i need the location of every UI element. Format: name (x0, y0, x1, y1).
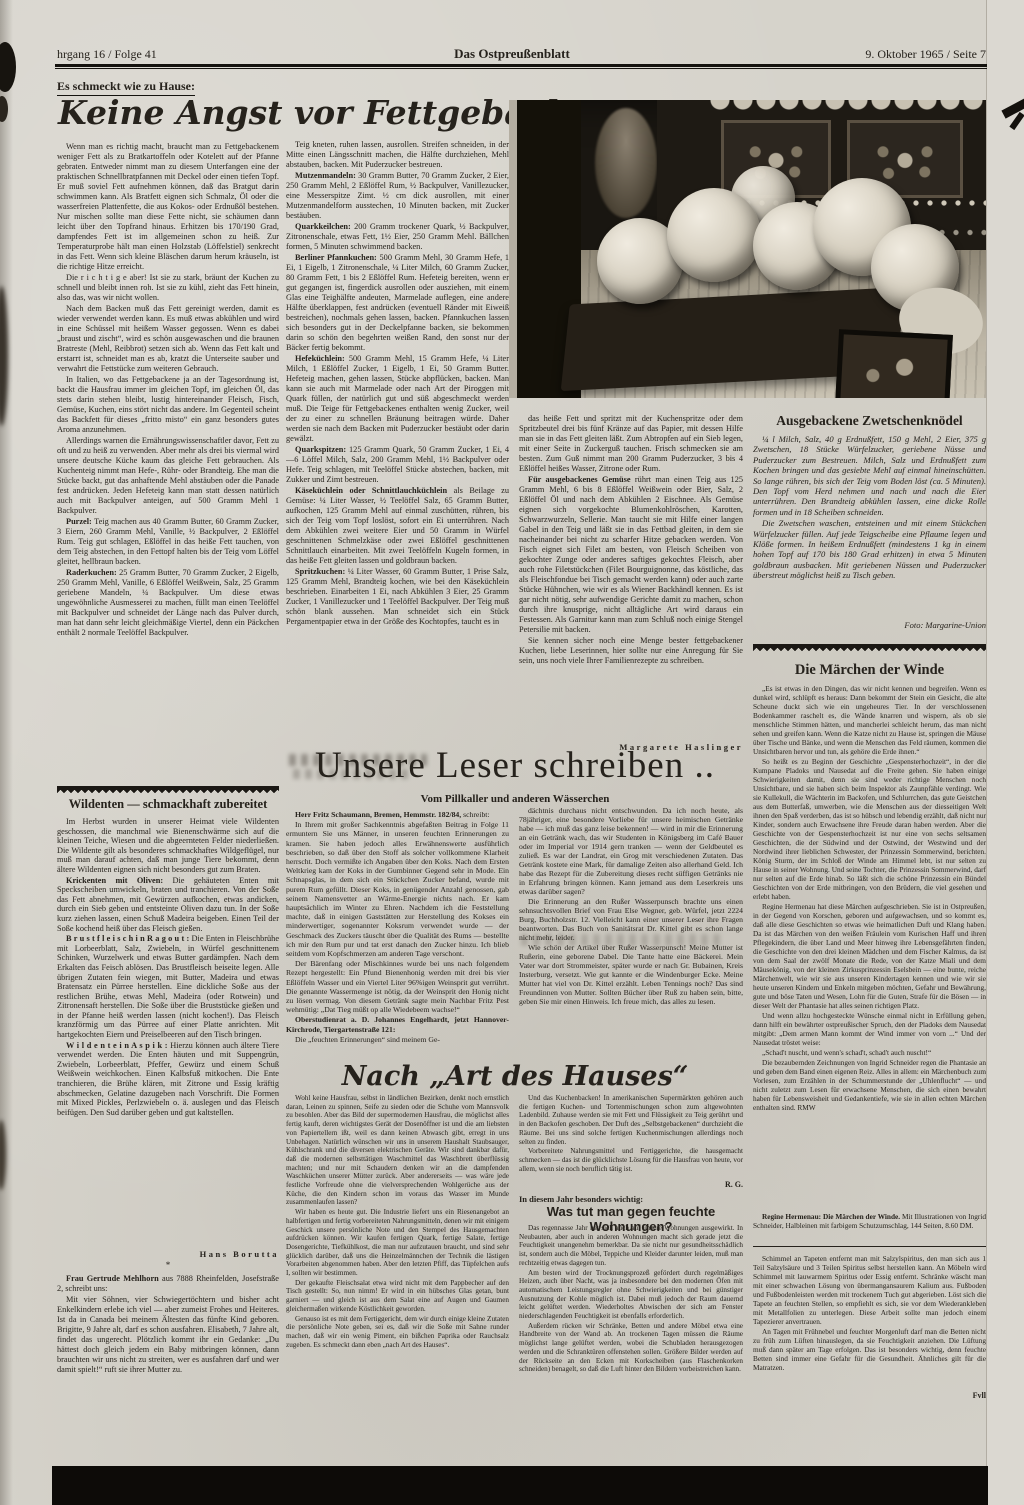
leser-subtitle: Vom Pillkaller und anderen Wässerchen (286, 793, 744, 805)
paragraph: Hefeküchlein: 500 Gramm Mehl, 15 Gramm H… (286, 354, 509, 444)
paragraph: An Tagen mit Frühnebel und feuchter Morg… (753, 1327, 986, 1372)
paragraph: Regine Hermenau hat diese Märchen aufges… (753, 902, 986, 1010)
wildenten-body: Im Herbst wurden in unserer Heimat viele… (57, 817, 279, 1245)
scan-bottom-bar (52, 1466, 988, 1505)
paragraph: Teig kneten, ruhen lassen, ausrollen. St… (286, 140, 509, 170)
paragraph: Frau Gertrude Mehlhorn aus 7888 Rheinfel… (57, 1274, 279, 1294)
photo-scallop-row (709, 100, 986, 114)
paragraph: Die r i c h t i g e aber! Ist sie zu sta… (57, 273, 279, 303)
paragraph: Berliner Pfannkuchen: 500 Gramm Mehl, 30… (286, 253, 509, 353)
column-rule (753, 1246, 986, 1247)
feuchte-kicker: In diesem Jahr besonders wichtig: (519, 1194, 743, 1204)
paragraph: Raderkuchen: 25 Gramm Butter, 70 Gramm Z… (57, 568, 279, 638)
maerchen-headline: Die Märchen der Winde (753, 662, 986, 679)
maerchen-book-info: Regine Hermenau: Die Märchen der Winde. … (753, 1212, 986, 1242)
paragraph: Quarkkeilchen: 200 Gramm trockener Quark… (286, 222, 509, 252)
paragraph: Der Bärenfang oder Mischkinnes wurde bei… (286, 959, 509, 1014)
paragraph: Für ausgebackenes Gemüse rührt man einen… (519, 475, 743, 635)
feucht-tips-signature: Fvll (753, 1391, 986, 1400)
photo-credit: Foto: Margarine-Union (753, 620, 986, 630)
paragraph: Die Zwetschen waschen, entsteinen und mi… (753, 518, 986, 580)
paragraph: Mit vier Söhnen, vier Schwiegertöchtern … (57, 1295, 279, 1375)
paragraph: Die „feuchten Erinnerungen“ sind meinem … (286, 1035, 509, 1044)
paragraph: Genauso ist es mit dem Fertiggericht, de… (286, 1315, 509, 1350)
photo-edge-sliver (509, 100, 517, 398)
article-photo (509, 100, 986, 398)
paragraph: Wir haben es heute gut. Die Industrie li… (286, 1208, 509, 1278)
scan-edge-left (0, 0, 13, 1505)
header-date-page: 9. Oktober 1965 / Seite 7 (780, 47, 986, 62)
recipe-column-1: Wenn man es richtig macht, braucht man z… (57, 142, 279, 783)
paragraph: Regine Hermenau: Die Märchen der Winde. … (753, 1212, 986, 1230)
paragraph: Krickenten mit Oliven: Die gehäuteten En… (57, 876, 279, 934)
paragraph: In Italien, wo das Fettgebackene ja an d… (57, 375, 279, 435)
paragraph: Quarkspitzen: 125 Gramm Quark, 50 Gramm … (286, 445, 509, 485)
lead-article-signature: Margarete Haslinger (519, 742, 743, 752)
zigzag-divider (57, 786, 279, 793)
paragraph: dächtnis durchaus nicht entschwunden. Da… (519, 806, 743, 896)
maerchen-body: „Es ist etwas in den Dingen, das wir nic… (753, 684, 986, 1208)
paragraph: Nach dem Backen muß das Fett gereinigt w… (57, 304, 279, 374)
paragraph: Vorbereitete Nahrungsmittel und Fertigge… (519, 1147, 743, 1173)
paragraph: Das regennasse Jahr hat sich auch auf un… (519, 1224, 743, 1268)
photo-carving (595, 108, 657, 218)
paragraph: Käseküchlein oder Schnittlauchküchlein a… (286, 486, 509, 566)
art-des-hauses-headline: Nach „Art des Hauses“ (330, 1062, 700, 1092)
newspaper-page: hrgang 16 / Folge 41 Das Ostpreußenblatt… (0, 0, 1024, 1505)
scan-edge-right (986, 0, 1024, 1505)
paragraph: Purzel: Teig machen aus 40 Gramm Butter,… (57, 517, 279, 567)
paragraph: B r u s t f l e i s c h i n R a g o u t … (57, 934, 279, 1040)
paragraph: Herr Fritz Schaumann, Bremen, Hemmstr. 1… (286, 810, 509, 819)
paragraph: Mutzenmandeln: 30 Gramm Butter, 70 Gramm… (286, 171, 509, 221)
header-issue: hrgang 16 / Folge 41 (57, 47, 157, 62)
feuchte-body: Das regennasse Jahr hat sich auch auf un… (519, 1224, 743, 1402)
paragraph: Im Herbst wurden in unserer Heimat viele… (57, 817, 279, 875)
header-rule-thin (55, 68, 987, 69)
art-des-hauses-col1: Wohl keine Hausfrau, selbst in ländliche… (286, 1094, 509, 1406)
paragraph: Der gekaufte Fleischsalat etwa wird nich… (286, 1279, 509, 1314)
knoedel-headline: Ausgebackene Zwetschenknödel (753, 413, 986, 429)
paragraph: Und das Kuchenbacken! In amerikanischen … (519, 1094, 743, 1146)
paragraph: Wohl keine Hausfrau, selbst in ländliche… (286, 1094, 509, 1207)
star-divider: * (57, 1260, 279, 1270)
art-des-hauses-col2: Und das Kuchenbacken! In amerikanischen … (519, 1094, 743, 1180)
zigzag-divider (753, 644, 986, 651)
wildenten-signature: Hans Borutta (57, 1249, 279, 1259)
paragraph: ¼ l Milch, Salz, 40 g Erdnußfett, 150 g … (753, 434, 986, 517)
ink-bleed-artifact (521, 934, 721, 946)
recipe-column-2: Teig kneten, ruhen lassen, ausrollen. St… (286, 140, 509, 750)
wildenten-headline: Wildenten — schmackhaft zubereitet (57, 797, 279, 812)
paragraph: Wenn man es richtig macht, braucht man z… (57, 142, 279, 272)
recipe-column-3: das heiße Fett und spritzt mit der Kuche… (519, 414, 743, 740)
knoedel-body: ¼ l Milch, Salz, 40 g Erdnußfett, 150 g … (753, 434, 986, 618)
header-title: Das Ostpreußenblatt (300, 46, 724, 62)
paragraph: „Es ist etwas in den Dingen, das wir nic… (753, 684, 986, 756)
paragraph: Wie schön der Artikel über Rußer Wasserp… (519, 943, 743, 1006)
paragraph: Und wenn allzu hochgesteckte Wünsche ein… (753, 1011, 986, 1047)
photo-small-box (835, 329, 953, 398)
paragraph: „Schad't nuscht, und wenn's schad't, sch… (753, 1048, 986, 1057)
paragraph: Schimmel an Tapeten entfernt man mit Sal… (753, 1254, 986, 1326)
feucht-tips-body: Schimmel an Tapeten entfernt man mit Sal… (753, 1254, 986, 1390)
paragraph: Allerdings warnen die Ernährungswissensc… (57, 436, 279, 516)
page-header: hrgang 16 / Folge 41 Das Ostpreußenblatt… (0, 44, 1024, 64)
mehlhorn-letter: Frau Gertrude Mehlhorn aus 7888 Rheinfel… (57, 1274, 279, 1414)
leser-column-1: Herr Fritz Schaumann, Bremen, Hemmstr. 1… (286, 810, 509, 1066)
paragraph: W i l d e n t e i n A s p i k : Hierzu k… (57, 1041, 279, 1118)
paragraph: So heißt es zu Beginn der Geschichte „Ge… (753, 757, 986, 901)
paragraph: Am besten wird der Trocknungsprozeß gefö… (519, 1269, 743, 1321)
paragraph: Spritzkuchen: ¼ Liter Wasser, 60 Gramm B… (286, 567, 509, 627)
paragraph: Oberstudienrat a. D. Johannes Engelhardt… (286, 1015, 509, 1033)
paragraph: das heiße Fett und spritzt mit der Kuche… (519, 414, 743, 474)
art-des-hauses-signature: R. G. (519, 1180, 743, 1189)
header-rule (55, 64, 987, 67)
photo-dumpling (667, 188, 761, 282)
paragraph: In Ihrem mit großer Sachkenntnis abgefaß… (286, 820, 509, 958)
paragraph: Die bezaubernden Zeichnungen von Ingrid … (753, 1058, 986, 1112)
paragraph: Außerdem rücken wir Schränke, Betten und… (519, 1322, 743, 1374)
paragraph: Sie kennen sicher noch eine Menge bester… (519, 636, 743, 666)
